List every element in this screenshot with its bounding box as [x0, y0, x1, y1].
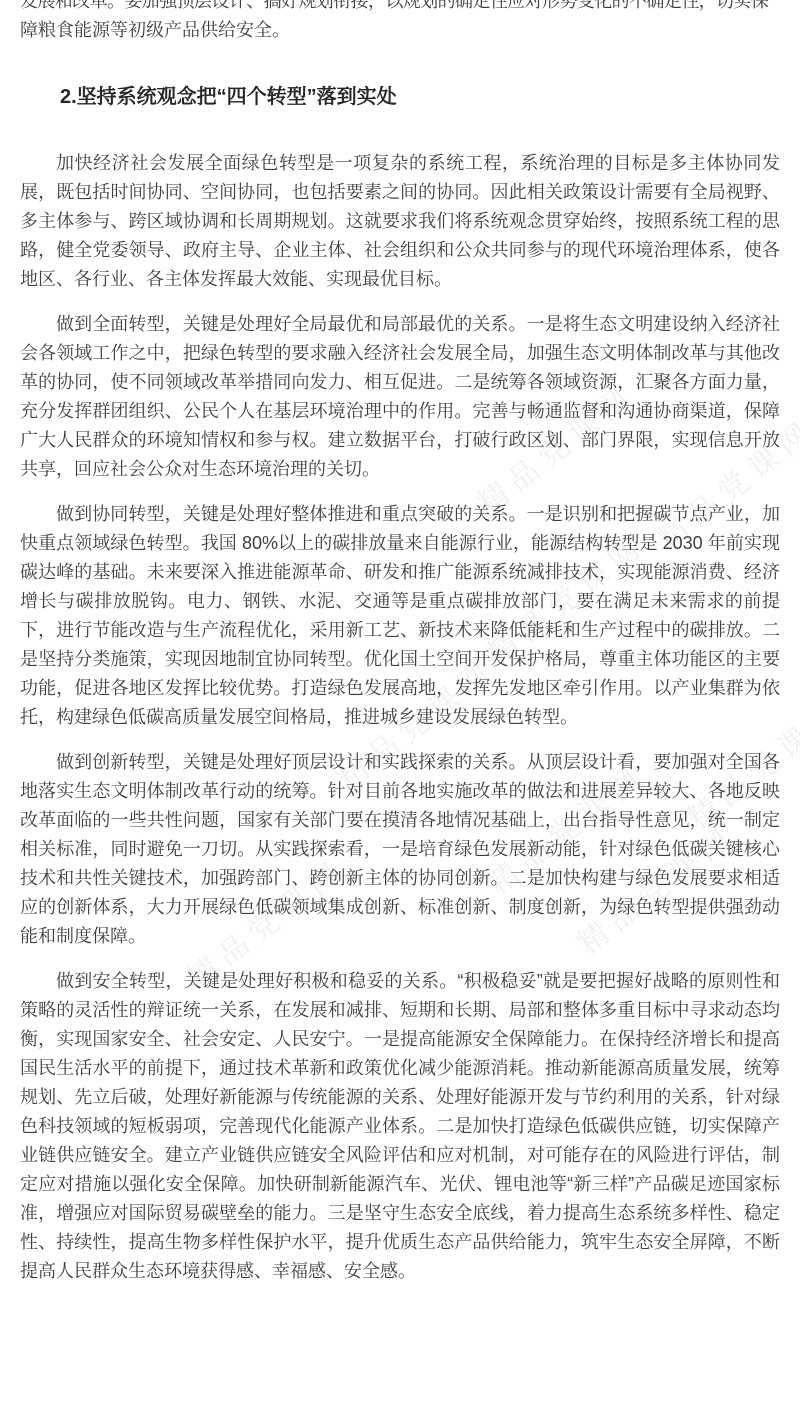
body-paragraph-coordinated-transition: 做到协同转型，关键是处理好整体推进和重点突破的关系。一是识别和把握碳节点产业，加…	[20, 500, 780, 732]
body-paragraph-safe-transition: 做到安全转型，关键是处理好积极和稳妥的关系。“积极稳妥”就是要把握好战略的原则性…	[20, 967, 780, 1286]
document-page: 精品党课网精品党课网精品党课网精品党课网精品党课网精品党课网精品党课网精品党课网…	[0, 0, 800, 1404]
clipped-paragraph-line1: 发展和改革。要加强顶层设计、搞好规划衔接，以规划的确定性应对形势变化的不确定性，…	[20, 0, 780, 16]
document-content: 发展和改革。要加强顶层设计、搞好规划衔接，以规划的确定性应对形势变化的不确定性，…	[0, 0, 800, 1286]
body-paragraph-comprehensive-transition: 做到全面转型，关键是处理好全局最优和局部最优的关系。一是将生态文明建设纳入经济社…	[20, 310, 780, 484]
section-heading: 2.坚持系统观念把“四个转型”落到实处	[20, 82, 780, 112]
body-paragraph-overview: 加快经济社会发展全面绿色转型是一项复杂的系统工程，系统治理的目标是多主体协同发展…	[20, 149, 780, 294]
clipped-paragraph: 发展和改革。要加强顶层设计、搞好规划衔接，以规划的确定性应对形势变化的不确定性，…	[20, 0, 780, 45]
clipped-paragraph-line2: 障粮食能源等初级产品供给安全。	[20, 16, 780, 45]
body-paragraph-innovation-transition: 做到创新转型，关键是处理好顶层设计和实践探索的关系。从顶层设计看，要加强对全国各…	[20, 748, 780, 951]
